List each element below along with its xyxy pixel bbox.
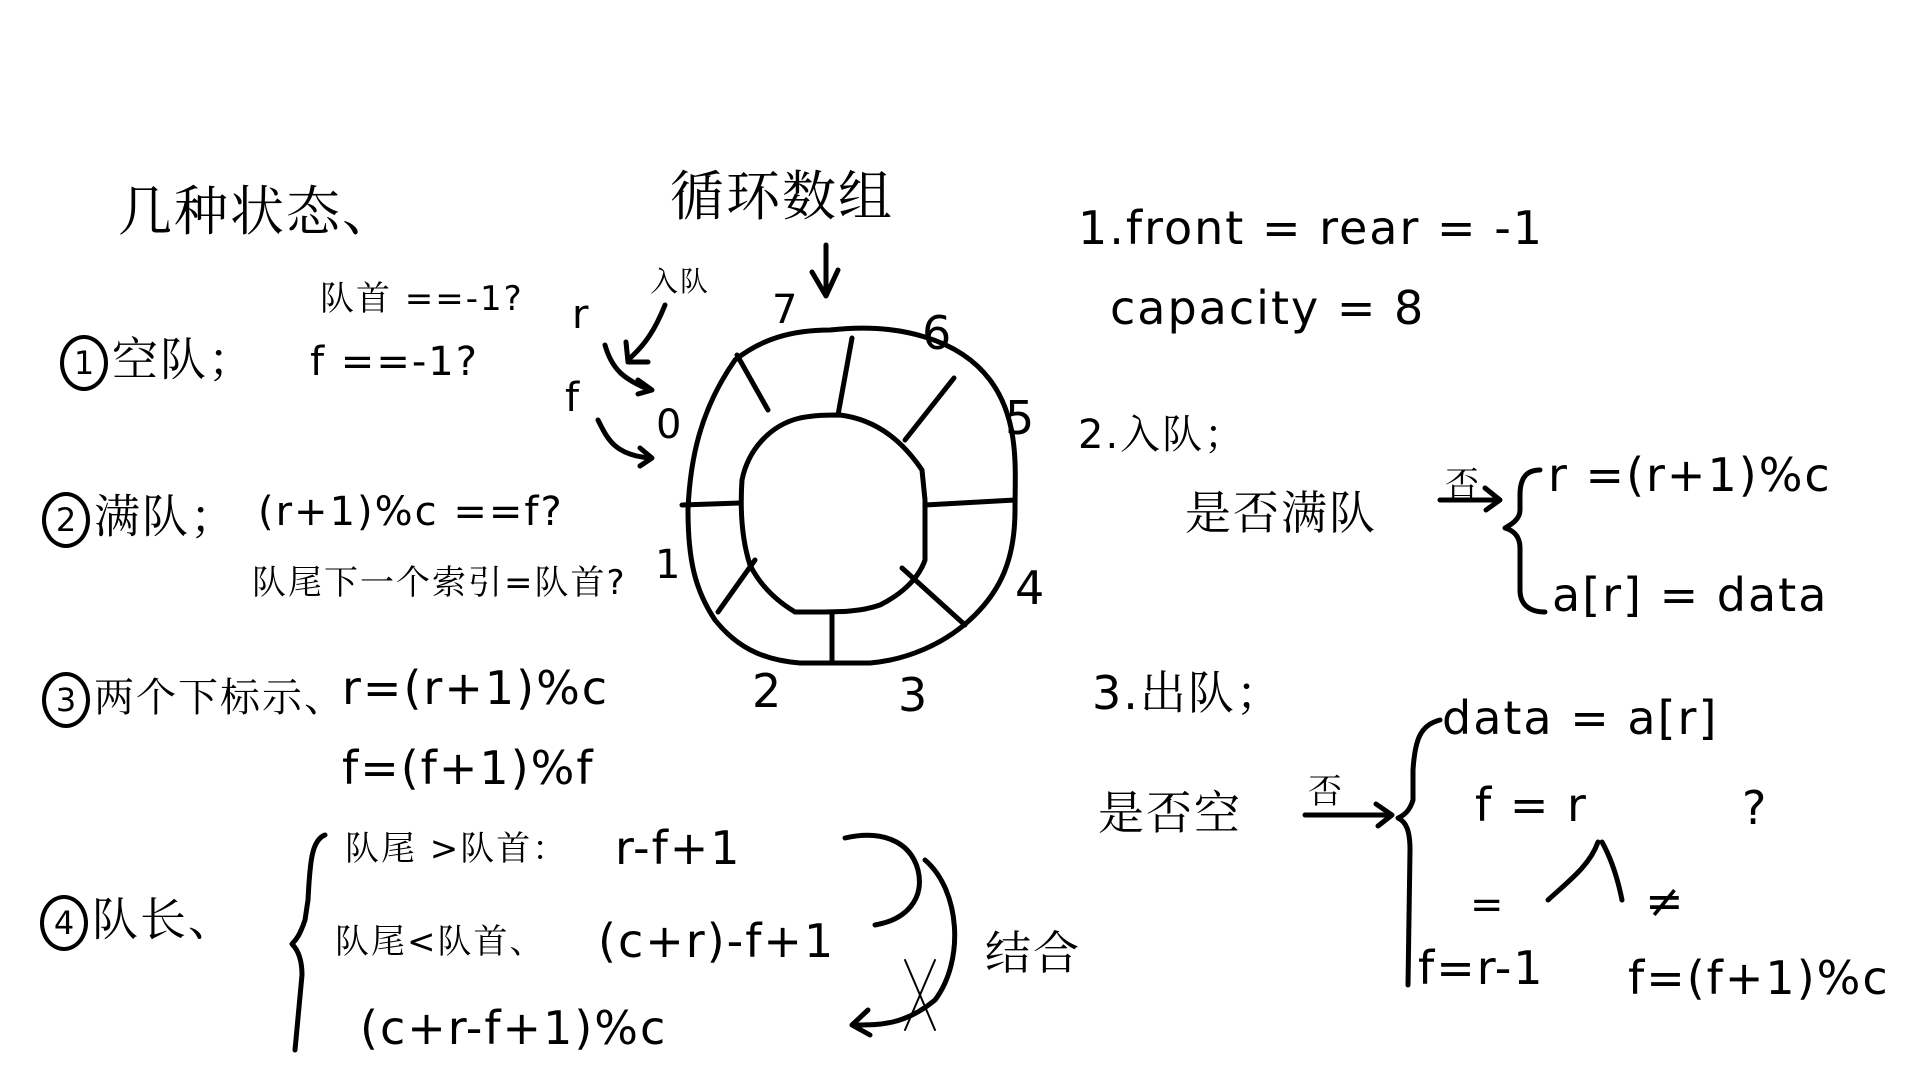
enqueue-action-store: a[r] = data — [1552, 572, 1828, 618]
front-pointer-label: f — [565, 378, 581, 418]
state-1-empty: 1空队； — [60, 335, 256, 391]
state-2-expr: (r+1)%c ==f? — [258, 492, 564, 532]
state-1-number: 1 — [60, 335, 108, 391]
state-4-length: 4队长、 — [40, 895, 236, 951]
combine-label: 结合 — [985, 930, 1081, 976]
dequeue-heading: 3.出队； — [1092, 670, 1284, 716]
state-3-expr-front: f=(f+1)%f — [342, 745, 595, 791]
state-4-number: 4 — [40, 895, 88, 951]
combine-curve-1 — [845, 835, 919, 925]
enqueue-condition: 是否满队 — [1185, 490, 1377, 536]
arrow-enqueue — [626, 305, 665, 362]
state-1-expr: f ==-1? — [310, 342, 479, 382]
spoke-0-7 — [737, 355, 768, 410]
length-case-1-cond: 队尾 >队首： — [345, 832, 568, 866]
capacity-line: capacity = 8 — [1110, 285, 1425, 331]
diagram-title: 循环数组 — [670, 170, 894, 224]
state-2-number: 2 — [42, 492, 90, 548]
state-2-full: 2满队； — [42, 492, 238, 548]
ring-outer — [688, 328, 1015, 663]
dequeue-question: ? — [1742, 785, 1768, 831]
ring-inner — [741, 415, 925, 612]
rear-pointer-label: r — [572, 295, 590, 335]
combine-curve-2 — [852, 860, 955, 1035]
brace-length — [292, 835, 325, 1050]
slot-index-6: 6 — [922, 310, 953, 356]
spoke-2-1 — [718, 560, 755, 612]
init-line: 1.front = rear = -1 — [1078, 205, 1544, 251]
dequeue-condition: 是否空 — [1098, 790, 1242, 836]
brace-enqueue — [1505, 470, 1545, 612]
dequeue-branch-no: 否 — [1308, 775, 1344, 809]
arrow-title-down — [812, 245, 838, 296]
state-1-note: 队首 ==-1? — [320, 282, 524, 316]
slot-index-3: 3 — [898, 672, 929, 718]
state-3-label: 两个下标示、 — [94, 675, 346, 721]
branch-equal-symbol: = — [1470, 885, 1506, 925]
state-3-number: 3 — [42, 672, 90, 728]
state-4-label: 队长、 — [92, 893, 236, 947]
spoke-7-6 — [838, 338, 852, 415]
enqueue-action-advance-rear: r =(r+1)%c — [1548, 452, 1832, 498]
dequeue-action-read: data = a[r] — [1442, 695, 1718, 741]
enqueue-heading: 2.入队； — [1078, 415, 1246, 455]
spoke-5-4 — [925, 500, 1015, 505]
scribble-mark — [905, 960, 935, 1030]
slot-index-5: 5 — [1005, 395, 1036, 441]
spoke-1-0 — [682, 503, 740, 505]
slot-index-0: 0 — [656, 405, 683, 445]
length-case-2-cond: 队尾<队首、 — [335, 925, 546, 959]
ink-layer — [0, 0, 1920, 1080]
length-case-2-formula: (c+r)-f+1 — [598, 918, 835, 964]
enqueue-tag: 入队 — [650, 268, 710, 296]
branch-split — [1548, 842, 1622, 900]
spoke-6-5 — [905, 378, 954, 440]
dequeue-if-equal: f=r-1 — [1418, 945, 1545, 991]
state-3-indices: 3两个下标示、 — [42, 672, 346, 728]
length-case-1-formula: r-f+1 — [615, 825, 742, 871]
length-combined-formula: (c+r-f+1)%c — [360, 1005, 667, 1051]
slot-index-7: 7 — [772, 290, 799, 330]
dequeue-compare: f = r — [1475, 782, 1588, 828]
dequeue-if-not-equal: f=(f+1)%c — [1628, 955, 1890, 1001]
state-2-note: 队尾下一个索引=队首? — [252, 566, 627, 600]
state-1-label: 空队； — [112, 333, 256, 387]
spoke-4-3 — [902, 568, 965, 625]
states-title: 几种状态、 — [118, 185, 398, 239]
state-3-expr-rear: r=(r+1)%c — [342, 665, 609, 711]
slot-index-2: 2 — [752, 668, 783, 714]
arrow-rear — [605, 345, 652, 394]
branch-not-equal-symbol: ≠ — [1645, 878, 1686, 924]
enqueue-branch-no: 否 — [1445, 468, 1481, 502]
slot-index-4: 4 — [1015, 565, 1046, 611]
arrow-front — [598, 420, 652, 466]
state-2-label: 满队； — [94, 490, 238, 544]
slot-index-1: 1 — [655, 545, 682, 585]
